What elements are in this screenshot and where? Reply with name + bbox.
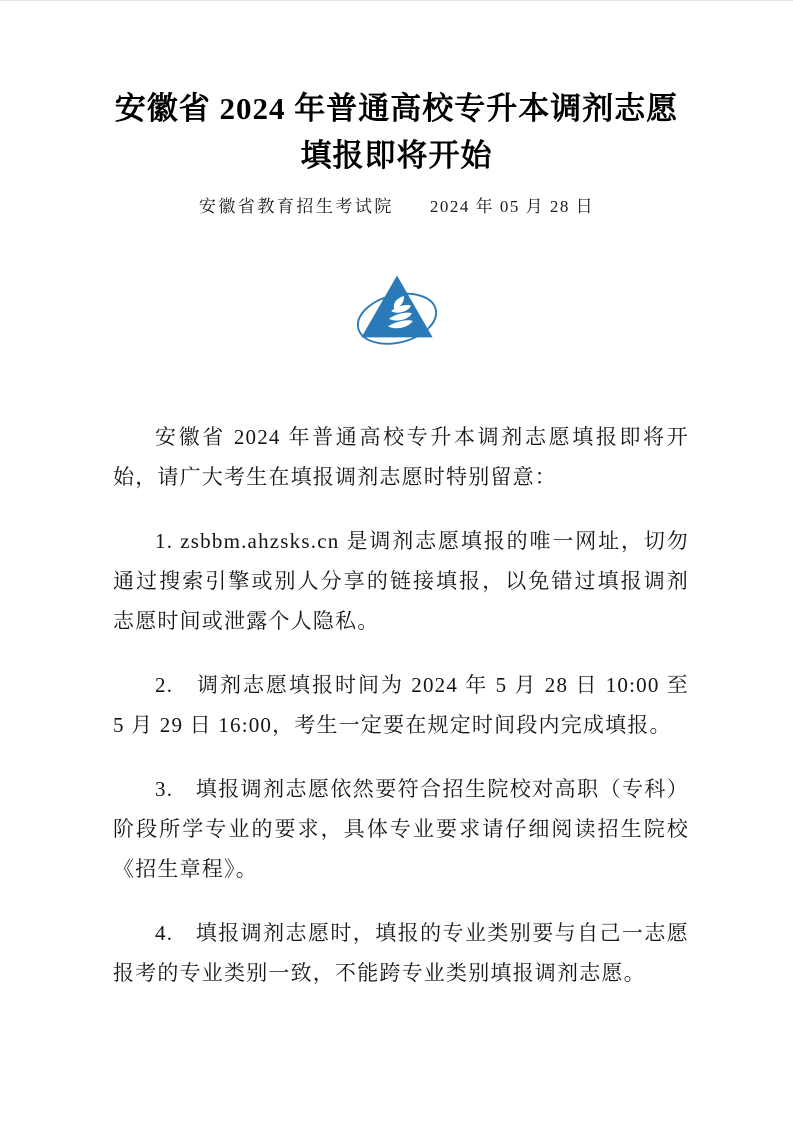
page-title-line-2: 填报即将开始 [60,132,733,179]
paragraph-intro: 安徽省 2024 年普通高校专升本调剂志愿填报即将开始，请广大考生在填报调剂志愿… [113,417,689,497]
byline-organization: 安徽省教育招生考试院 [199,197,394,216]
page-title-line-1: 安徽省 2024 年普通高校专升本调剂志愿 [60,85,733,132]
byline-date: 2024 年 05 月 28 日 [430,197,594,216]
document-page: 安徽省 2024 年普通高校专升本调剂志愿 填报即将开始 安徽省教育招生考试院2… [0,0,793,1122]
paragraph-item-1: 1. zsbbm.ahzsks.cn 是调剂志愿填报的唯一网址，切勿通过搜索引擎… [113,521,689,641]
institution-logo-icon [354,273,440,351]
paragraph-item-4: 4. 填报调剂志愿时，填报的专业类别要与自己一志愿报考的专业类别一致，不能跨专业… [113,913,689,993]
paragraph-item-2: 2. 调剂志愿填报时间为 2024 年 5 月 28 日 10:00 至 5 月… [113,665,689,745]
page-title: 安徽省 2024 年普通高校专升本调剂志愿 填报即将开始 [60,85,733,179]
document-body: 安徽省 2024 年普通高校专升本调剂志愿填报即将开始，请广大考生在填报调剂志愿… [113,417,689,993]
paragraph-item-3: 3. 填报调剂志愿依然要符合招生院校对高职（专科）阶段所学专业的要求，具体专业要… [113,769,689,889]
institution-logo [0,273,793,351]
byline: 安徽省教育招生考试院2024 年 05 月 28 日 [0,194,793,220]
